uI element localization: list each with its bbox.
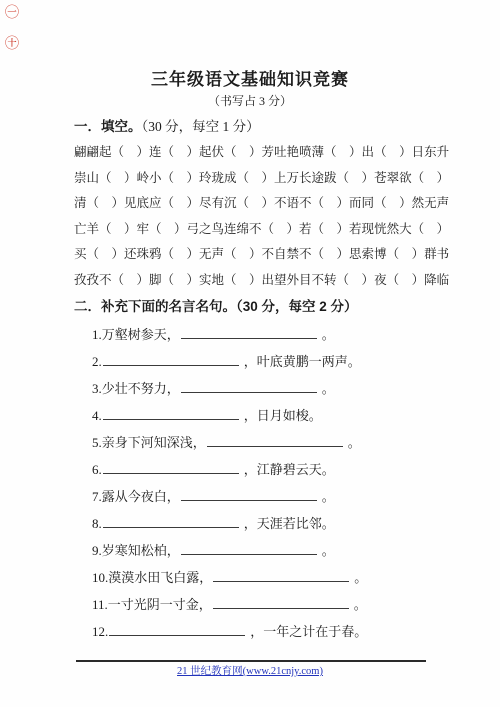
idiom-cell: 长途跋（ ）	[299, 171, 374, 185]
idiom-row: 翩翩起（ ）连（ ）起伏（ ）芳吐艳喷薄（ ）出（ ）日东升	[74, 145, 430, 159]
quote-text-after: 。	[322, 327, 335, 342]
idiom-fill-grid: 翩翩起（ ）连（ ）起伏（ ）芳吐艳喷薄（ ）出（ ）日东升 崇山（ ）岭小（ …	[74, 145, 430, 287]
footer-divider	[76, 660, 426, 662]
idiom-cell: 亡羊（ ）牢	[74, 222, 149, 236]
quote-text-before: 少壮不努力，	[102, 381, 180, 396]
footer-site-link[interactable]: 21 世纪教育网(www.21cnjy.com)	[177, 666, 323, 677]
quote-text-after: ，江静碧云天。	[244, 462, 335, 477]
item-number: 8.	[92, 516, 102, 531]
idiom-cell: 小（ ）玲珑	[149, 171, 224, 185]
idiom-cell: 应（ ）尽有	[149, 196, 224, 210]
idiom-cell: （ ）日东升	[374, 145, 449, 159]
item-number: 5.	[92, 435, 102, 450]
idiom-row: 亡羊（ ）牢（ ）弓之鸟连绵不（ ）若（ ）若现恍然大（ ）	[74, 222, 430, 236]
quote-item-7: 7.露从今夜白，。	[92, 488, 500, 504]
page-subtitle: （书写占 3 分）	[0, 93, 500, 109]
quote-text-after: 。	[322, 381, 335, 396]
answer-blank	[181, 380, 317, 393]
idiom-row: 崇山（ ）岭小（ ）玲珑成（ ）上万长途跋（ ）苍翠欲（ ）	[74, 171, 430, 185]
idiom-cell: 成（ ）上万	[224, 171, 299, 185]
answer-blank	[181, 488, 317, 501]
idiom-cell: （ ）芳吐艳	[224, 145, 299, 159]
item-number: 11.	[92, 597, 108, 612]
answer-blank	[103, 353, 239, 366]
quote-item-1: 1.万壑树参天，。	[92, 326, 500, 342]
section2-heading: 二．补充下面的名言名句。（30 分，每空 2 分）	[74, 298, 500, 315]
section1-heading-label: 一．填空。	[74, 119, 142, 134]
quote-text-after: 。	[354, 597, 367, 612]
idiom-cell: 翩翩起（ ）	[74, 145, 149, 159]
idiom-cell: 清（ ）见底	[74, 196, 149, 210]
item-number: 3.	[92, 381, 102, 396]
idiom-cell: 连（ ）起伏	[149, 145, 224, 159]
item-number: 1.	[92, 327, 102, 342]
red-corner-stamp-top: ㊀	[5, 6, 19, 20]
item-number: 4.	[92, 408, 102, 423]
item-number: 9.	[92, 543, 102, 558]
quote-text-after: 。	[348, 435, 361, 450]
answer-blank	[213, 596, 349, 609]
idiom-cell: （ ）弓之鸟	[149, 222, 224, 236]
quote-text-after: ，天涯若比邻。	[244, 516, 335, 531]
quote-item-12: 12.，一年之计在于春。	[92, 623, 500, 639]
idiom-cell: 恍然大（ ）	[374, 222, 449, 236]
quote-text-before: 亲身下河知深浅，	[102, 435, 206, 450]
quote-item-5: 5.亲身下河知深浅，。	[92, 434, 500, 450]
quote-items-list: 1.万壑树参天，。 2.，叶底黄鹏一两声。 3.少壮不努力，。 4.，日月如梭。…	[92, 326, 500, 639]
section1-heading-note: （30 分，每空 1 分）	[142, 119, 260, 134]
quote-text-after: ，日月如梭。	[244, 408, 322, 423]
quote-item-8: 8.，天涯若比邻。	[92, 515, 500, 531]
page-title: 三年级语文基础知识竞赛	[0, 0, 500, 90]
idiom-cell: 若（ ）若现	[299, 222, 374, 236]
quote-item-10: 10.漠漠水田飞白露，。	[92, 569, 500, 585]
idiom-cell: 鸦（ ）无声	[149, 247, 224, 261]
answer-blank	[103, 407, 239, 420]
idiom-cell: 目不转（ ）	[299, 273, 374, 287]
red-corner-stamp-bottom: ㊉	[5, 37, 19, 51]
idiom-cell: 买（ ）还珠	[74, 247, 149, 261]
document-page: ㊀ ㊉ 三年级语文基础知识竞赛 （书写占 3 分） 一．填空。（30 分，每空 …	[0, 0, 500, 707]
idiom-cell: （ ）不自禁	[224, 247, 299, 261]
quote-item-2: 2.，叶底黄鹏一两声。	[92, 353, 500, 369]
answer-blank	[103, 461, 239, 474]
section2-heading-label: 二．补充下面的名言名句。	[74, 299, 236, 314]
idiom-cell: 博（ ）群书	[374, 247, 449, 261]
answer-blank	[181, 326, 317, 339]
idiom-cell: （ ）出望外	[224, 273, 299, 287]
quote-text-after: 。	[322, 543, 335, 558]
quote-text-after: ，一年之计在于春。	[250, 624, 367, 639]
idiom-cell: 喷薄（ ）出	[299, 145, 374, 159]
item-number: 7.	[92, 489, 102, 504]
idiom-cell: 连绵不（ ）	[224, 222, 299, 236]
item-number: 2.	[92, 354, 102, 369]
quote-item-9: 9.岁寒知松柏，。	[92, 542, 500, 558]
idiom-cell: 沉（ ）不语	[224, 196, 299, 210]
section2-heading-note: （30 分，每空 2 分）	[236, 299, 358, 314]
quote-text-before: 岁寒知松柏，	[102, 543, 180, 558]
quote-item-6: 6.，江静碧云天。	[92, 461, 500, 477]
answer-blank	[109, 623, 245, 636]
quote-text-after: 。	[322, 489, 335, 504]
idiom-cell: 脚（ ）实地	[149, 273, 224, 287]
idiom-cell: 崇山（ ）岭	[74, 171, 149, 185]
idiom-cell: 夜（ ）降临	[374, 273, 449, 287]
quote-text-before: 一寸光阴一寸金，	[108, 597, 212, 612]
quote-item-4: 4.，日月如梭。	[92, 407, 500, 423]
quote-item-3: 3.少壮不努力，。	[92, 380, 500, 396]
answer-blank	[103, 515, 239, 528]
idiom-row: 买（ ）还珠鸦（ ）无声（ ）不自禁不（ ）思索博（ ）群书	[74, 247, 430, 261]
quote-text-before: 万壑树参天，	[102, 327, 180, 342]
idiom-cell: （ ）然无声	[374, 196, 449, 210]
quote-item-11: 11.一寸光阴一寸金，。	[92, 596, 500, 612]
idiom-cell: 不（ ）思索	[299, 247, 374, 261]
quote-text-before: 露从今夜白，	[102, 489, 180, 504]
answer-blank	[207, 434, 343, 447]
quote-text-after: ，叶底黄鹏一两声。	[244, 354, 361, 369]
idiom-cell: 苍翠欲（ ）	[374, 171, 449, 185]
quote-text-after: 。	[354, 570, 367, 585]
idiom-cell: 孜孜不（ ）	[74, 273, 149, 287]
item-number: 10.	[92, 570, 108, 585]
section1-heading: 一．填空。（30 分，每空 1 分）	[74, 118, 500, 135]
item-number: 12.	[92, 624, 108, 639]
item-number: 6.	[92, 462, 102, 477]
answer-blank	[213, 569, 349, 582]
idiom-row: 孜孜不（ ）脚（ ）实地（ ）出望外目不转（ ）夜（ ）降临	[74, 273, 430, 287]
idiom-cell: 不（ ）而同	[299, 196, 374, 210]
quote-text-before: 漠漠水田飞白露，	[108, 570, 212, 585]
answer-blank	[181, 542, 317, 555]
idiom-row: 清（ ）见底应（ ）尽有沉（ ）不语不（ ）而同（ ）然无声	[74, 196, 430, 210]
footer: 21 世纪教育网(www.21cnjy.com)	[0, 665, 500, 678]
